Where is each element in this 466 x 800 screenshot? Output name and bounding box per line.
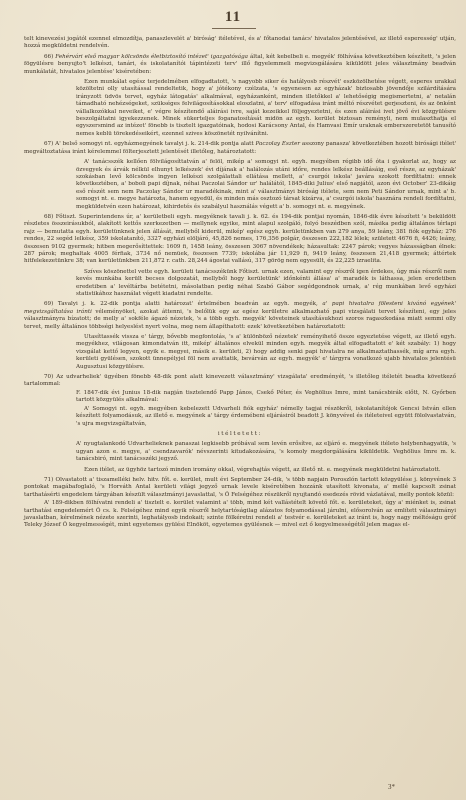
paragraph-text: Szíves köszönettel vette egyh. kerületi … <box>76 269 456 297</box>
paragraph-number: 70) <box>44 374 53 380</box>
verdict-heading: itéltetett: <box>24 431 456 438</box>
paragraph-69-resolution: Utasíttassék vissza e' tárgy, bővebb meg… <box>76 334 456 371</box>
paragraph-68: 68) Főtiszt. Superintendens úr, a' kerül… <box>24 214 456 266</box>
paragraph-text: A' nyugtalankodó Udvarhelieknek panaszai… <box>76 441 456 462</box>
paragraph-70: 70) Az udvarheliek' ügyében fönebb 48-di… <box>24 374 456 389</box>
page-number: 11 <box>0 9 466 26</box>
institution-name: Fehérvári első magyar kölcsönös életbizt… <box>55 54 248 60</box>
paragraph-67-resolution: A' tanácsszék kellően fölvilágosíttatván… <box>76 159 456 211</box>
paragraph-continuation: telt kinevezési jogától ezennel elmozdít… <box>24 36 456 51</box>
paragraph-70-execution: Ezen itélet, az ügyhöz tartozó minden ir… <box>76 467 456 474</box>
paragraph-number: 67) <box>44 141 53 147</box>
paragraph-text: A' 189-dikben fölhívatni rendeli a' tisz… <box>24 500 456 528</box>
paragraph-68-resolution: Szíves köszönettel vette egyh. kerületi … <box>76 269 456 299</box>
paragraph-number: 66) <box>44 54 53 60</box>
printer-signature: 3* <box>388 783 395 791</box>
page-number-rule <box>212 28 256 29</box>
paragraph-text: telt kinevezési jogától ezennel elmozdít… <box>24 36 456 49</box>
paragraph-text-lead: A' belső somogyi nt. egyházmegyének tava… <box>55 141 255 147</box>
paragraph-69: 69) Tavalyi j. k. 22-dik pontja alatti h… <box>24 301 456 331</box>
person-name: Paczolay Eszter <box>256 141 301 147</box>
paragraph-70-verdict: A' nyugtalankodó Udvarhelieknek panaszai… <box>76 441 456 463</box>
paragraph-text: Főtiszt. Superintendens úr, a' kerületbe… <box>24 214 456 264</box>
paragraph-text: Olvastatott a' tiszamelléki helv. hitv. … <box>24 477 456 498</box>
paragraph-text: Utasíttassék vissza e' tárgy, bővebb meg… <box>76 334 456 370</box>
paragraph-number: 69) <box>44 301 53 307</box>
paragraph-number: 71) <box>44 477 53 483</box>
verdict-heading-text: itéltetett: <box>218 431 262 437</box>
document-body: telt kinevezési jogától ezennel elmozdít… <box>24 36 456 530</box>
paragraph-text: Ezen itélet, az ügyhöz tartozó minden ir… <box>84 467 441 473</box>
paragraph-text: F. 1847-dik évi Junius 18-dik napján tis… <box>76 390 456 403</box>
paragraph-text-lead: Tavalyi j. k. 22-dik pontja alatti határ… <box>58 301 323 307</box>
paragraph-71: 71) Olvastatott a' tiszamelléki helv. hi… <box>24 477 456 499</box>
paragraph-text: Az udvarheliek' ügyében fönebb 48-dik po… <box>24 374 456 387</box>
paragraph-70-meeting: F. 1847-dik évi Junius 18-dik napján tis… <box>76 390 456 405</box>
paragraph-number: 68) <box>44 214 53 220</box>
paragraph-71-point-189: A' 189-dikben fölhívatni rendeli a' tisz… <box>24 500 456 530</box>
paragraph-67: 67) A' belső somogyi nt. egyházmegyének … <box>24 141 456 156</box>
paragraph-66-resolution: Ezen munkálat egész terjedelmében elfoga… <box>76 79 456 138</box>
paragraph-text: A' Somogyi nt. egyh. megyében kebelezett… <box>76 406 456 427</box>
paragraph-text: Ezen munkálat egész terjedelmében elfoga… <box>76 79 456 137</box>
paragraph-66: 66) Fehérvári első magyar kölcsönös élet… <box>24 54 456 76</box>
paragraph-70-case: A' Somogyi nt. egyh. megyében kebelezett… <box>76 406 456 428</box>
paragraph-text: A' tanácsszék kellően fölvilágosíttatván… <box>76 159 456 209</box>
